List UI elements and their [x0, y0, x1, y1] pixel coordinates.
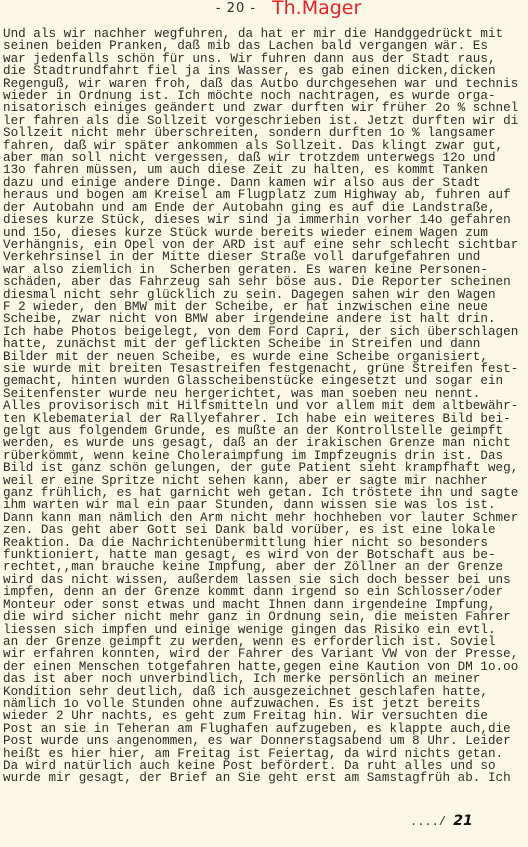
text-line: wieder 2 Uhr nachts, es geht zum Freitag…: [3, 710, 528, 722]
text-line: Sollzeit nicht mehr überschreiten, sonde…: [3, 127, 528, 139]
text-line: zen. Das geht aber Gott sei Dank bald vo…: [3, 524, 528, 536]
text-line: Bild ist ganz schön gelungen, der gute P…: [3, 462, 528, 474]
text-line: Scheibe, zwar nicht von BMW aber irgende…: [3, 313, 528, 325]
text-line: wir erfahren konnten, wird der Fahrer de…: [3, 648, 528, 660]
page-number: - 20 -: [0, 1, 500, 16]
text-line: schäden, aber das Fahrzeug sah sehr böse…: [3, 276, 528, 288]
text-line: gemacht, hinten wurden Glasscheibenstück…: [3, 375, 528, 387]
text-line: nisatorisch einiges geändert und zwar du…: [3, 102, 528, 114]
text-line: Verkehrsinsel in der Mitte dieser Straße…: [3, 251, 528, 263]
text-line: Alles provisorisch mit Hilfsmitteln und …: [3, 400, 528, 412]
text-line: die Stadtrundfahrt fiel ja ins Wasser, e…: [3, 65, 528, 77]
text-line: rechtet,,man brauche keine Impfung, aber…: [3, 561, 528, 573]
text-line: werden, es wurde uns gesagt, daß an der …: [3, 437, 528, 449]
text-line: wurde mir gesagt, der Brief an Sie geht …: [3, 772, 528, 784]
text-line: seinen beiden Pranken, daß mib das Lache…: [3, 40, 528, 52]
continuation-marker: ..../ 21: [410, 813, 473, 829]
text-line: ihm warten wir mal ein paar Stunden, dan…: [3, 499, 528, 511]
author-stamp: Th.Mager: [272, 0, 361, 19]
text-line: das ist aber noch unverbindlich, Ich mer…: [3, 673, 528, 685]
text-line: hatte, zunächst mit der geflickten Schei…: [3, 338, 528, 350]
letter-body: Und als wir nachher wegfuhren, da hat er…: [3, 28, 528, 785]
typewritten-page: - 20 - Th.Mager Und als wir nachher wegf…: [0, 0, 528, 847]
text-line: heraus und bogen am Kreisel am Flugplatz…: [3, 189, 528, 201]
continuation-dots: ..../: [410, 815, 446, 829]
text-line: 13o fahren müssen, um auch diese Zeit zu…: [3, 164, 528, 176]
text-line: Post wurde uns angenommen, es war Donner…: [3, 735, 528, 747]
text-line: impfen, denn an der Grenze kommt dann ir…: [3, 586, 528, 598]
text-line: dieses kurze Stück, dieses wir sind ja i…: [3, 214, 528, 226]
text-line: die wird sicher nicht mehr ganz in Ordnu…: [3, 611, 528, 623]
next-page-number: 21: [453, 813, 472, 829]
